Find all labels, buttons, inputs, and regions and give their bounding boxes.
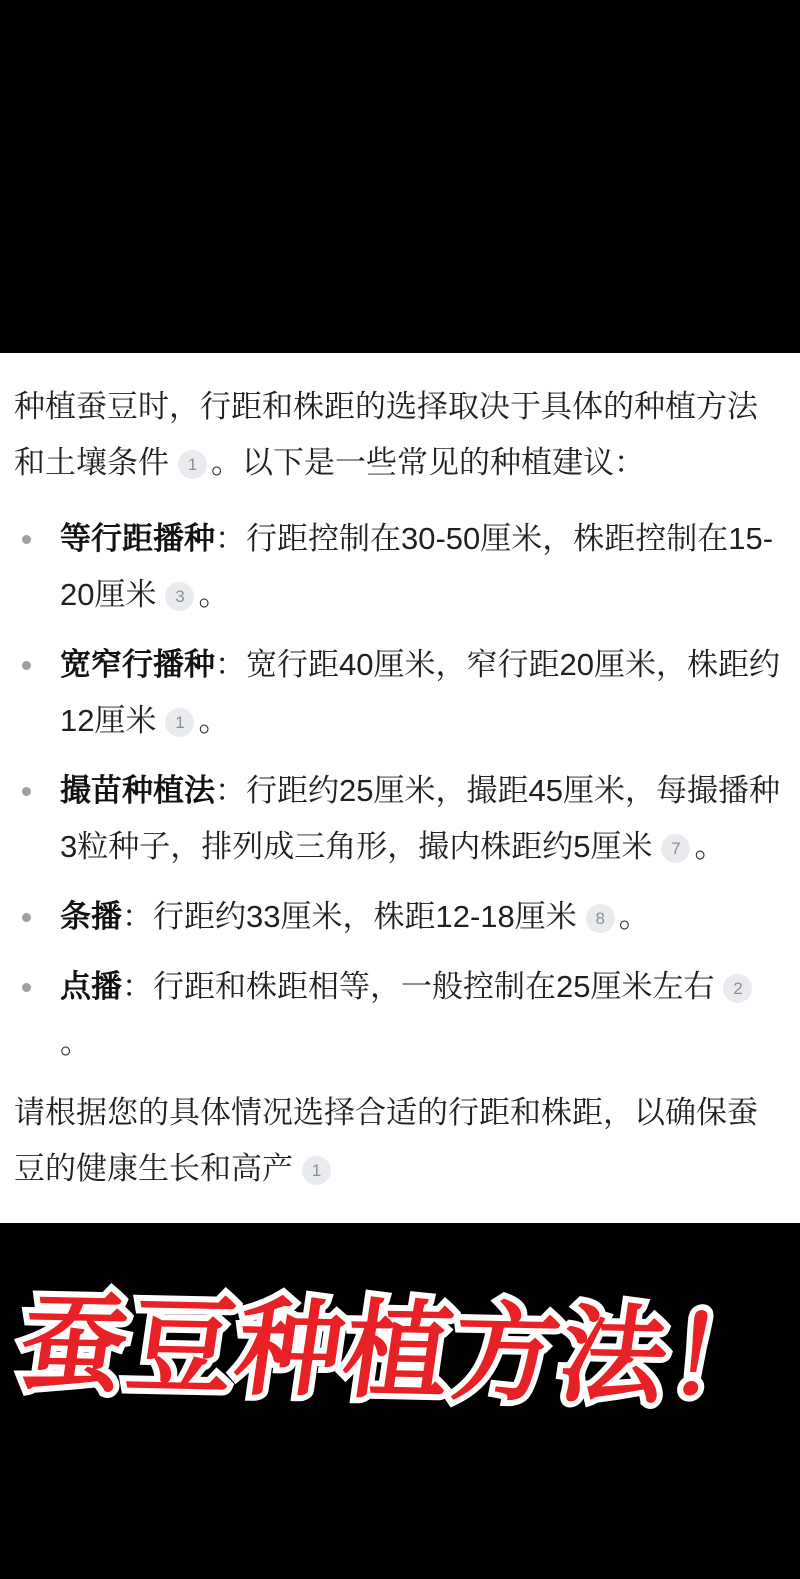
list-item: 等行距播种：行距控制在30-50厘米，株距控制在15-20厘米3。 — [14, 511, 786, 623]
video-title: 蚕豆种植方法！ 蚕豆种植方法！ — [11, 1259, 789, 1426]
list-item: 撮苗种植法：行距约25厘米，撮距45厘米，每撮播种3粒种子，排列成三角形，撮内株… — [14, 763, 786, 875]
method-after: 。 — [694, 829, 725, 864]
citation-badge[interactable]: 1 — [165, 708, 194, 737]
bullet-dot-icon — [22, 535, 31, 544]
bottom-letterbox: 蚕豆种植方法！ 蚕豆种植方法！ — [0, 1223, 800, 1579]
method-after: 。 — [198, 703, 229, 738]
bullet-dot-icon — [22, 787, 31, 796]
method-label: 宽窄行播种 — [60, 647, 215, 682]
video-title-text: 蚕豆种植方法！ — [12, 1285, 785, 1419]
closing-text: 请根据您的具体情况选择合适的行距和株距，以确保蚕豆的健康生长和高产 — [14, 1095, 758, 1186]
method-label: 撮苗种植法 — [60, 773, 215, 808]
method-label: 条播 — [60, 899, 122, 934]
citation-badge[interactable]: 2 — [723, 974, 752, 1003]
planting-methods-list: 等行距播种：行距控制在30-50厘米，株距控制在15-20厘米3。 宽窄行播种：… — [14, 511, 786, 1071]
intro-text-after: 。以下是一些常见的种植建议： — [211, 445, 645, 480]
answer-content: 种植蚕豆时，行距和株距的选择取决于具体的种植方法和土壤条件1。以下是一些常见的种… — [0, 353, 800, 1223]
intro-paragraph: 种植蚕豆时，行距和株距的选择取决于具体的种植方法和土壤条件1。以下是一些常见的种… — [14, 379, 786, 491]
method-after: 。 — [60, 1025, 91, 1060]
bullet-dot-icon — [22, 983, 31, 992]
method-label: 点播 — [60, 969, 122, 1004]
list-item: 点播：行距和株距相等，一般控制在25厘米左右2。 — [14, 959, 786, 1071]
method-body: ：行距和株距相等，一般控制在25厘米左右 — [122, 969, 714, 1004]
bullet-dot-icon — [22, 661, 31, 670]
method-after: 。 — [619, 899, 650, 934]
list-item: 条播：行距约33厘米，株距12-18厘米8。 — [14, 889, 786, 945]
citation-badge[interactable]: 8 — [586, 904, 615, 933]
method-after: 。 — [198, 577, 229, 612]
citation-badge[interactable]: 1 — [302, 1156, 331, 1185]
citation-badge[interactable]: 3 — [165, 582, 194, 611]
top-letterbox — [0, 0, 800, 353]
citation-badge[interactable]: 7 — [661, 834, 690, 863]
list-item: 宽窄行播种：宽行距40厘米，窄行距20厘米，株距约12厘米1。 — [14, 637, 786, 749]
method-body: ：行距约33厘米，株距12-18厘米 — [122, 899, 577, 934]
citation-badge[interactable]: 1 — [178, 450, 207, 479]
closing-paragraph: 请根据您的具体情况选择合适的行距和株距，以确保蚕豆的健康生长和高产1 — [14, 1085, 786, 1197]
method-label: 等行距播种 — [60, 521, 215, 556]
bullet-dot-icon — [22, 913, 31, 922]
